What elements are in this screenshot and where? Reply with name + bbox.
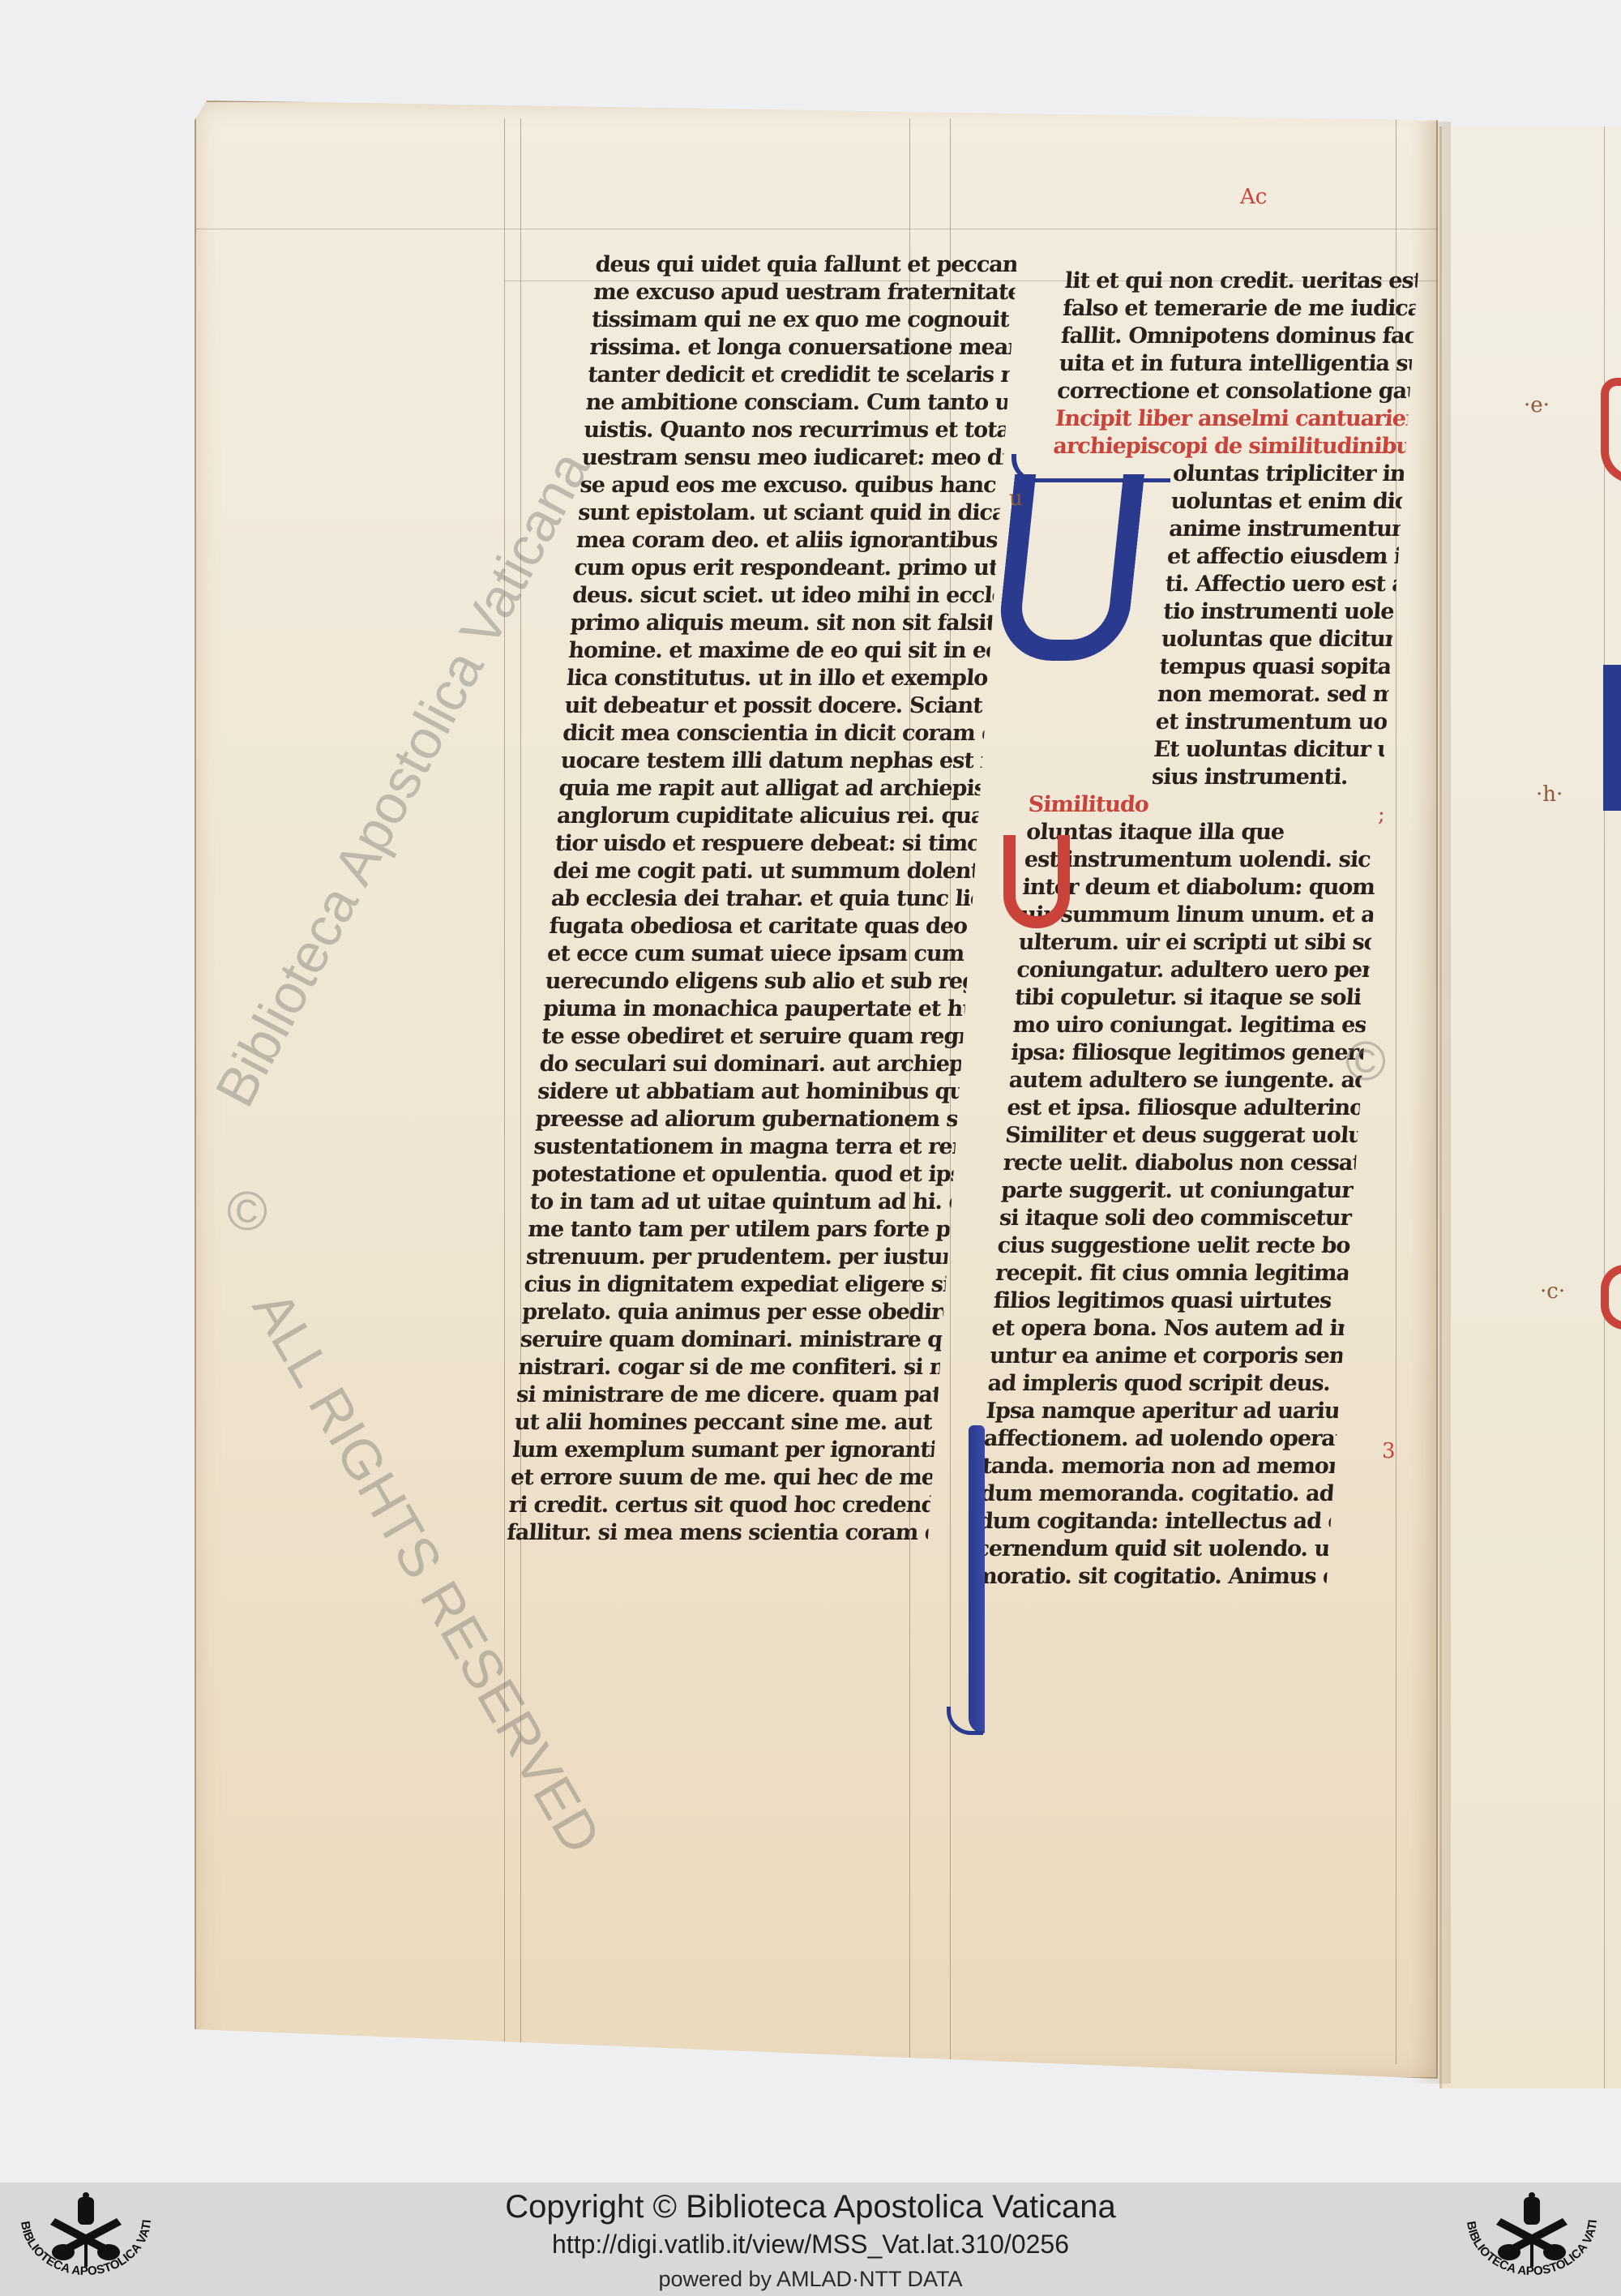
manuscript-line: anime instrumentum quo utitur — [1168, 516, 1401, 543]
manuscript-line: untur ea anime et corporis sensus — [989, 1343, 1343, 1370]
rubric-heading: Incipit liber anselmi cantuariensisarchi… — [1052, 405, 1409, 460]
manuscript-line: uocare testem illi datum nephas est mo. — [560, 747, 983, 775]
manuscript-line: et instrumentum uolendi appetit. — [1155, 709, 1388, 736]
inline-rubric: Similitudo — [1028, 792, 1149, 817]
manuscript-line: cius suggestione uelit recte bonum — [996, 1232, 1350, 1260]
manuscript-line: parte suggerit. ut coniungatur ei. — [1000, 1177, 1354, 1205]
manuscript-line: tibi copuletur. si itaque se soli legiti — [1014, 984, 1368, 1012]
manuscript-line: et ecce cum sumat uiece ipsam cum precur… — [546, 940, 969, 968]
manuscript-line: potestatione et opulentia. quod et ipse … — [531, 1161, 954, 1189]
manuscript-line: ulterum. uir ei scripti ut sibi soli — [1018, 929, 1372, 957]
manuscript-line: sustentationem in magna terra et rerum t… — [532, 1133, 956, 1161]
manuscript-line: moratio. sit cogitatio. Animus quoque ad — [973, 1563, 1328, 1591]
marginal-note: ·e· — [1524, 393, 1550, 418]
manuscript-line: tio instrumenti uolendi. hec — [1162, 598, 1395, 626]
manuscript-line: nistrari. cogar si de me confiteri. si m… — [517, 1354, 940, 1381]
manuscript-line: oluntas tripliciter intelligitur. — [1172, 460, 1405, 488]
manuscript-line: mea coram deo. et aliis ignorantibus: — [575, 527, 999, 555]
manuscript-line: prelato. quia animus per esse obedire qu… — [521, 1299, 944, 1326]
manuscript-line: ab ecclesia dei trahar. et quia tunc lic… — [550, 885, 973, 913]
vatican-library-logo-icon: BIBLIOTECA APOSTOLICA VATICANA — [5, 2186, 167, 2294]
manuscript-viewer: ·e· ·h· ·c· Ac deus qui uidet quia fallu… — [0, 0, 1621, 2182]
manuscript-line: to in tam ad ut uitae quintum ad hi. qui… — [529, 1189, 952, 1216]
manuscript-line: Ipsa namque aperitur ad uarium — [985, 1398, 1339, 1425]
manuscript-line: inter deum et diabolum: quomodo inter — [1021, 874, 1375, 902]
manuscript-line: et opera bona. Nos autem ad impius et ap — [990, 1315, 1345, 1343]
marginal-note: u — [1009, 486, 1023, 511]
manuscript-line: deus qui uidet quia fallunt et peccant. … — [594, 251, 1017, 279]
next-page-blue-initial — [1603, 665, 1621, 811]
manuscript-line: Et uoluntas dicitur uelle ut usus ip — [1153, 736, 1385, 764]
marginal-note: ·c· — [1540, 1279, 1565, 1304]
manuscript-line: affectionem. ad uolendo operatur — [983, 1425, 1337, 1453]
manuscript-line: uistis. Quanto nos recurrimus et totam u… — [583, 417, 1006, 444]
manuscript-line: ti. Affectio uero est affec — [1165, 571, 1397, 598]
manuscript-line: preesse ad aliorum gubernationem sui ad … — [535, 1106, 958, 1133]
manuscript-line: cius in dignitatem expediat eligere sibi — [524, 1271, 947, 1299]
manuscript-line: lica constitutus. ut in illo et exemplo … — [566, 665, 989, 692]
manuscript-line: uir summum linum unum. et aliquem ad — [1020, 902, 1374, 929]
manuscript-line: si ministrare de me dicere. quam patri — [515, 1381, 939, 1409]
manuscript-line: se apud eos me excuso. quibus hanc lecti… — [579, 472, 1002, 499]
watermark-copyright: © — [227, 1180, 267, 1243]
manuscript-line: primo aliquis meum. sit non sit falsitas… — [570, 610, 993, 637]
manuscript-line: cum opus erit respondeant. primo ut ipse — [573, 555, 996, 582]
manuscript-line: te esse obediret et seruire quam regnare… — [541, 1023, 964, 1051]
manuscript-line: do seculari sui dominari. aut archiepisc… — [539, 1051, 962, 1078]
manuscript-line: uoluntas et enim dicitur illud — [1170, 488, 1403, 516]
manuscript-line: tissimam qui ne ex quo me cognouit famil… — [591, 306, 1014, 334]
marginal-note: 3 — [1382, 1439, 1396, 1463]
manuscript-line: uita et in futura intelligentia sua per — [1059, 350, 1413, 378]
red-initial-v — [1003, 835, 1070, 928]
manuscript-line: seruire quam dominari. ministrare quam m… — [520, 1326, 943, 1354]
manuscript-line: oluntas itaque illa que — [1025, 819, 1379, 846]
manuscript-line: anglorum cupiditate alicuius rei. quam s… — [556, 803, 979, 830]
powered-by: powered by AMLAD·NTT DATA — [0, 2267, 1621, 2292]
manuscript-line: fallit. Omnipotens dominus faciat uos si… — [1060, 323, 1414, 350]
manuscript-line: si itaque soli deo commiscetur et sec — [999, 1205, 1353, 1232]
blue-initial-i — [969, 1425, 985, 1733]
manuscript-line: tanda. memoria non ad memoran — [981, 1453, 1335, 1480]
manuscript-line: mo uiro coniungat. legitima est et — [1012, 1012, 1366, 1039]
manuscript-line: correctione et consolatione gaudere. ame… — [1056, 378, 1410, 405]
manuscript-line: dum memoranda. cogitatio. ad cogita — [979, 1480, 1333, 1508]
marginal-note: ; — [1378, 803, 1385, 827]
manuscript-line: et affectio eiusdem instrumenti — [1166, 543, 1399, 571]
manuscript-line: uerecundo eligens sub alio et sub regula… — [545, 968, 968, 996]
manuscript-line: Similiter et deus suggerat uoluntati ut — [1004, 1122, 1358, 1150]
manuscript-line: non memorat. sed mox ut ea uolunt — [1157, 681, 1389, 709]
ruling-line — [196, 229, 1436, 229]
manuscript-line: uit debeatur et possit docere. Sciant ig… — [563, 692, 986, 720]
manuscript-line: et errore suum de me. qui hec de me conf… — [510, 1464, 933, 1492]
manuscript-line: Incipit liber anselmi cantuariensis — [1054, 405, 1409, 433]
gutter-shadow — [1410, 122, 1451, 2084]
manuscript-line: ne ambitione consciam. Cum tanto uirus c… — [585, 389, 1008, 417]
watermark-copyright: © — [1345, 1030, 1386, 1093]
manuscript-line: homine. et maxime de eo qui sit in eccle… — [567, 637, 990, 665]
running-head: Ac — [1240, 185, 1267, 209]
manuscript-line: dum cogitanda: intellectus ad dis — [977, 1508, 1332, 1536]
manuscript-line: falso et temerarie de me iudicando se — [1062, 295, 1416, 323]
manuscript-line: uestram sensu meo iudicaret: meo dimisis… — [581, 444, 1004, 472]
manuscript-line: recepit. fit cius omnia legitima. — [994, 1260, 1349, 1287]
manuscript-line: fugata obediosa et caritate quas deo deb… — [548, 913, 971, 940]
manuscript-line: filios legitimos quasi uirtutes — [993, 1287, 1347, 1315]
manuscript-line: tempus quasi sopita. quia est ea que non — [1158, 653, 1391, 681]
manuscript-line: ipsa: filiosque legitimos generet. si — [1010, 1039, 1364, 1067]
manuscript-line: strenuum. per prudentem. per iustum. ut … — [525, 1244, 948, 1271]
manuscript-line: deus. sicut sciet. ut ideo mihi in eccle… — [571, 582, 994, 610]
manuscript-line: recte uelit. diabolus non cessat — [1003, 1150, 1357, 1177]
manuscript-line: dei me cogit pati. ut summum dolentis ue… — [552, 858, 975, 885]
next-folio-edge — [1439, 126, 1621, 2088]
marginal-note: ·h· — [1536, 782, 1563, 807]
copyright-footer: Copyright © Biblioteca Apostolica Vatica… — [0, 2182, 1621, 2296]
manuscript-line: dicit mea conscientia in dicit coram deo… — [562, 720, 985, 747]
manuscript-line: est et ipsa. filiosque adulterinos parit… — [1006, 1094, 1360, 1122]
manuscript-line: lum exemplum sumant per ignorantiam — [511, 1437, 935, 1464]
manuscript-line: rissima. et longa conuersatione meam ind… — [588, 334, 1012, 362]
manuscript-line: autem adultero se iungente. adultera — [1008, 1067, 1362, 1094]
manuscript-line: quia me rapit aut alligat ad archiepisco… — [558, 775, 981, 803]
manuscript-line: tanter dedicit et credidit te scelaris n… — [587, 362, 1010, 389]
manuscript-line: ri credit. certus sit quod hoc credendo … — [508, 1492, 931, 1519]
manuscript-line: tior uisdo et respuere debeat: si timor — [554, 830, 977, 858]
manuscript-line: me excuso apud uestram fraternitatem in … — [592, 279, 1016, 306]
manuscript-line: fallitur. si mea mens scientia coram deo… — [506, 1519, 929, 1547]
manuscript-url[interactable]: http://digi.vatlib.it/view/MSS_Vat.lat.3… — [0, 2230, 1621, 2260]
manuscript-line: sius instrumenti. — [1151, 764, 1384, 791]
manuscript-line: cernendum quid sit uolendo. ut me — [975, 1536, 1329, 1563]
manuscript-line: ad impleris quod scripit deus. — [987, 1370, 1341, 1398]
manuscript-line: me tanto tam per utilem pars forte per — [527, 1216, 950, 1244]
ruling-line — [504, 118, 505, 2064]
manuscript-line: uoluntas que dicitur affectio est ad — [1161, 626, 1393, 653]
manuscript-line: piuma in monachica paupertate et humilit… — [542, 996, 965, 1023]
manuscript-line: est instrumentum uolendi. sic est — [1024, 846, 1378, 874]
manuscript-line: sidere ut abbatiam aut hominibus quibus — [537, 1078, 960, 1106]
manuscript-line: coniungatur. adultero uero persuadet ut — [1016, 957, 1370, 984]
copyright-title: Copyright © Biblioteca Apostolica Vatica… — [0, 2189, 1621, 2225]
manuscript-line: sunt epistolam. ut sciant quid in dicat … — [577, 499, 1000, 527]
manuscript-line: lit et qui non credit. ueritas est quia … — [1064, 268, 1418, 295]
manuscript-line: ut alii homines peccant sine me. aut ut … — [514, 1409, 937, 1437]
vatican-library-logo-icon: BIBLIOTECA APOSTOLICA VATICANA — [1451, 2186, 1613, 2294]
